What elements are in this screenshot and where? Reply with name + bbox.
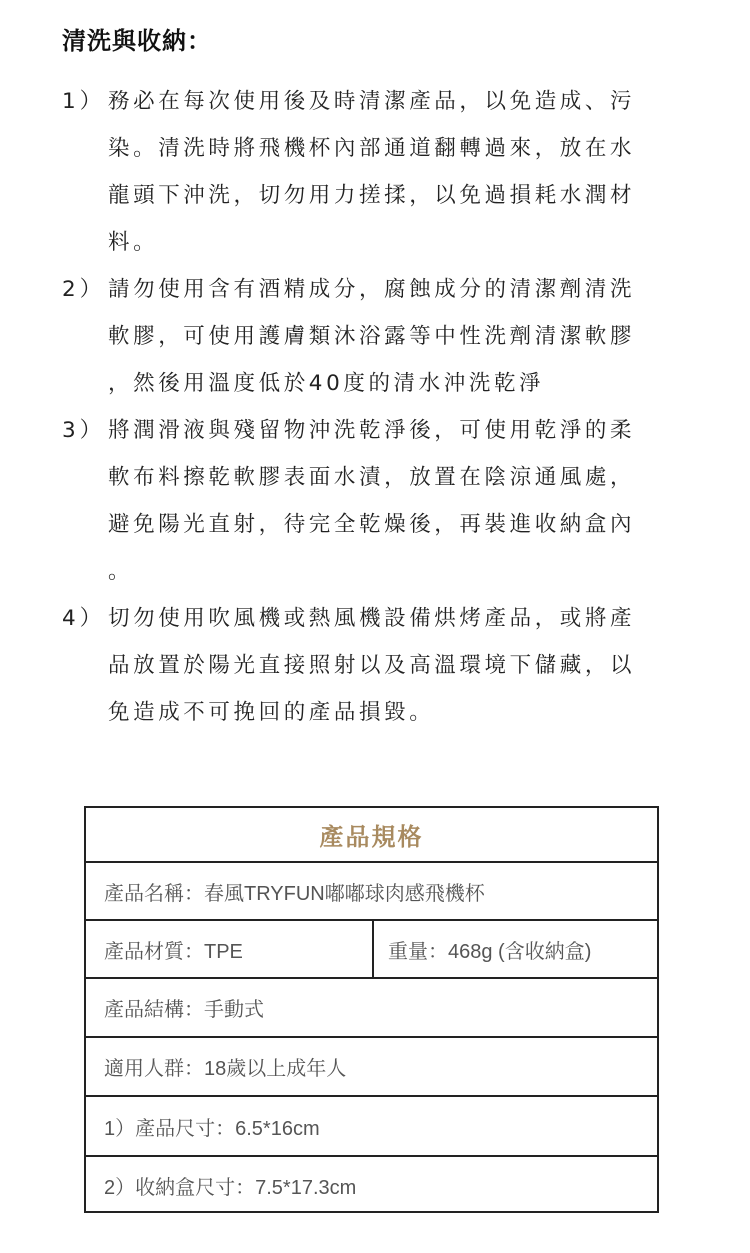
care-item-number: 1） xyxy=(62,78,105,125)
care-item-1: 1） 務必在每次使用後及時清潔產品，以免造成、污 染。清洗時將飛機杯內部通道翻轉… xyxy=(62,78,692,266)
spec-product-size: 1）產品尺寸：6.5*16cm xyxy=(86,1097,320,1155)
care-item-4: 4） 切勿使用吹風機或熱風機設備烘烤產品，或將產 品放置於陽光直接照射以及高溫環… xyxy=(62,595,692,736)
care-item-line: 避免陽光直射，待完全乾燥後，再裝進收納盒內 xyxy=(108,501,692,548)
care-item-line: 染。清洗時將飛機杯內部通道翻轉過來，放在水 xyxy=(108,125,692,172)
spec-audience: 適用人群：18歲以上成年人 xyxy=(86,1038,346,1095)
spec-product-name: 產品名稱：春風TRYFUN嘟嘟球肉感飛機杯 xyxy=(86,863,485,919)
care-item-line: 請勿使用含有酒精成分，腐蝕成分的清潔劑清洗 xyxy=(108,266,692,313)
care-item-line: 軟布料擦乾軟膠表面水漬，放置在陰涼通風處， xyxy=(108,454,692,501)
care-item-2: 2） 請勿使用含有酒精成分，腐蝕成分的清潔劑清洗 軟膠，可使用護膚類沐浴露等中性… xyxy=(62,266,692,407)
care-item-number: 2） xyxy=(62,266,105,313)
care-item-number: 3） xyxy=(62,407,105,454)
spec-weight: 重量：468g (含收納盒) xyxy=(374,921,657,977)
care-item-line: ，然後用溫度低於40度的清水沖洗乾淨 xyxy=(108,360,692,407)
spec-row-name: 產品名稱：春風TRYFUN嘟嘟球肉感飛機杯 xyxy=(86,863,657,921)
spec-row-box-size: 2）收納盒尺寸：7.5*17.3cm xyxy=(86,1157,657,1213)
spec-row-audience: 適用人群：18歲以上成年人 xyxy=(86,1038,657,1097)
product-spec-table: 產品規格 產品名稱：春風TRYFUN嘟嘟球肉感飛機杯 產品材質：TPE 重量：4… xyxy=(84,806,659,1213)
spec-row-structure: 產品結構：手動式 xyxy=(86,979,657,1038)
care-item-line: 龍頭下沖洗，切勿用力搓揉，以免過損耗水潤材 xyxy=(108,172,692,219)
care-item-line: 切勿使用吹風機或熱風機設備烘烤產品，或將產 xyxy=(108,595,692,642)
spec-box-size: 2）收納盒尺寸：7.5*17.3cm xyxy=(86,1157,356,1213)
spec-row-product-size: 1）產品尺寸：6.5*16cm xyxy=(86,1097,657,1157)
care-item-line: 品放置於陽光直接照射以及高溫環境下儲藏，以 xyxy=(108,642,692,689)
care-item-line: 務必在每次使用後及時清潔產品，以免造成、污 xyxy=(108,78,692,125)
spec-structure: 產品結構：手動式 xyxy=(86,979,264,1036)
care-instructions-list: 1） 務必在每次使用後及時清潔產品，以免造成、污 染。清洗時將飛機杯內部通道翻轉… xyxy=(62,78,692,736)
care-heading: 清洗與收納： xyxy=(62,24,212,58)
care-item-line: 。 xyxy=(108,548,692,595)
care-item-line: 將潤滑液與殘留物沖洗乾淨後，可使用乾淨的柔 xyxy=(108,407,692,454)
care-item-3: 3） 將潤滑液與殘留物沖洗乾淨後，可使用乾淨的柔 軟布料擦乾軟膠表面水漬，放置在… xyxy=(62,407,692,595)
spec-material: 產品材質：TPE xyxy=(86,921,374,977)
care-item-line: 軟膠，可使用護膚類沐浴露等中性洗劑清潔軟膠 xyxy=(108,313,692,360)
care-item-number: 4） xyxy=(62,595,105,642)
care-item-line: 免造成不可挽回的產品損毀。 xyxy=(108,689,692,736)
spec-table-title: 產品規格 xyxy=(86,808,657,863)
care-item-line: 料。 xyxy=(108,219,692,266)
spec-row-material-weight: 產品材質：TPE 重量：468g (含收納盒) xyxy=(86,921,657,979)
